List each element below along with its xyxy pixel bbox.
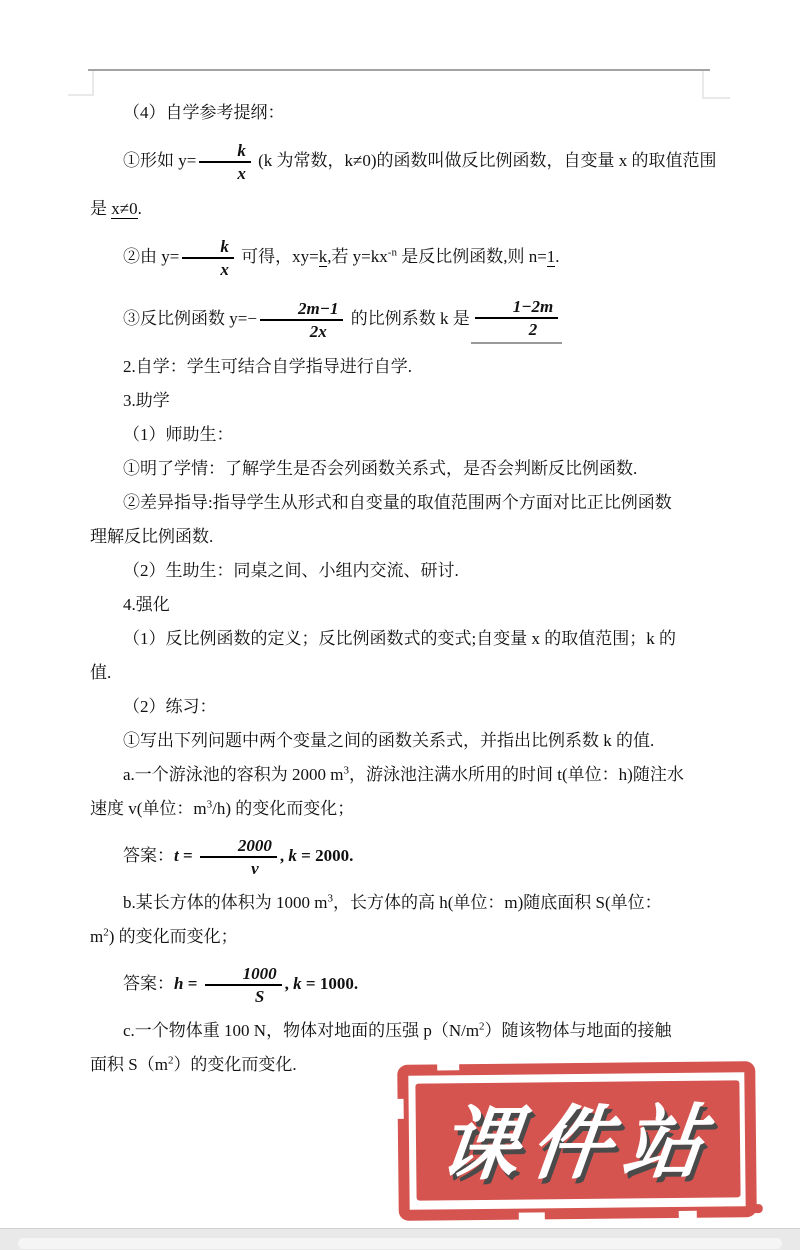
underlined-answer: k: [319, 247, 328, 267]
paragraph-exercise-heading: （2）练习：: [90, 690, 730, 724]
text-run: ②差异指导:指导学生从形式和自变量的取值范围两个方面对比正比例函数: [123, 493, 672, 512]
document-body: （4）自学参考提纲： ①形如 y=kx (k 为常数，k≠0)的函数叫做反比例函…: [90, 96, 730, 1082]
math-operator: =: [183, 974, 201, 993]
text-run: （1）反比例函数的定义；反比例函数式的变式;自变量 x 的取值范围；k 的: [123, 629, 676, 648]
text-run: 3.助学: [123, 391, 170, 410]
paragraph-reinforce-points-continuation: 值.: [90, 656, 730, 690]
text-run: .: [555, 247, 559, 266]
fraction-denominator: x: [182, 259, 234, 280]
math-variable: k: [293, 974, 302, 993]
text-run: 面积 S（m: [90, 1055, 168, 1074]
text-run: ) 的变化而变化；: [109, 927, 238, 946]
paragraph-item3-coefficient: ③反比例函数 y=−2m−12x 的比例系数 k 是1−2m2: [90, 288, 730, 350]
paragraph-reinforce-points: （1）反比例函数的定义；反比例函数式的变式;自变量 x 的取值范围；k 的: [90, 622, 730, 656]
fraction-denominator: S: [217, 986, 269, 1007]
fraction-denominator: 2: [491, 319, 543, 340]
text-run: ，长方体的高 h(单位：m)随底面积 S(单位：: [333, 893, 662, 912]
fraction-numerator: 2000: [200, 836, 277, 859]
math-operator: ,: [285, 974, 294, 993]
paragraph-teacher-assist: （1）师助生：: [90, 418, 730, 452]
fraction-k-over-x: kx: [182, 237, 234, 280]
text-run: 可得，xy=: [237, 247, 319, 266]
paragraph-exercise-prompt: ①写出下列问题中两个变量之间的函数关系式，并指出比例系数 k 的值.: [90, 724, 730, 758]
stamp-text: 课件站: [409, 1077, 746, 1196]
paragraph-problem-a: a.一个游泳池的容积为 2000 m3，游泳池注满水所用的时间 t(单位：h)随…: [90, 758, 730, 792]
math-operator: = 1000.: [302, 974, 358, 993]
fraction-k-over-x: kx: [199, 141, 251, 184]
superscript-exponent: -n: [388, 246, 397, 258]
fraction-denominator: 2x: [272, 321, 332, 342]
stamp-border-gap: [396, 1099, 404, 1119]
fraction-numerator: 1−2m: [475, 297, 559, 320]
stamp-border-gap: [519, 1212, 545, 1221]
text-run: 值.: [90, 663, 111, 682]
fraction-2m-1-over-2x: 2m−12x: [260, 299, 344, 342]
text-run: ，游泳池注满水所用的时间 t(单位：h)随注水: [349, 765, 684, 784]
horizontal-scrollbar-track[interactable]: [0, 1228, 800, 1250]
paragraph-assist-heading: 3.助学: [90, 384, 730, 418]
answer-label: 答案：: [123, 846, 174, 865]
page-top-divider: [88, 69, 710, 71]
stamp-border-gap: [679, 1211, 697, 1220]
text-run: (k 为常数，k≠0)的函数叫做反比例函数，自变量 x 的取值范围: [254, 151, 717, 170]
paragraph-learning-status: ①明了学情：了解学生是否会列函数关系式，是否会判断反比例函数.: [90, 452, 730, 486]
text-run: c.一个物体重 100 N，物体对地面的压强 p（N/m: [123, 1021, 479, 1040]
text-run: m: [90, 927, 103, 946]
watermark-stamp: 课件站: [397, 1061, 757, 1221]
paragraph-item1-definition: ①形如 y=kx (k 为常数，k≠0)的函数叫做反比例函数，自变量 x 的取值…: [90, 130, 730, 192]
text-run: ①形如 y=: [123, 151, 196, 170]
text-run: .: [138, 199, 142, 218]
paragraph-reinforce-heading: 4.强化: [90, 588, 730, 622]
paragraph-problem-c: c.一个物体重 100 N，物体对地面的压强 p（N/m2）随该物体与地面的接触: [90, 1014, 730, 1048]
text-run: （2）练习：: [123, 697, 217, 716]
text-run: ③反比例函数 y=−: [123, 309, 257, 328]
text-run: ,若 y=kx: [327, 247, 388, 266]
paragraph-problem-b-continuation: m2) 的变化而变化；: [90, 920, 730, 954]
paragraph-self-study: 2.自学：学生可结合自学指导进行自学.: [90, 350, 730, 384]
paragraph-answer-b: 答案：h = 1000S, k = 1000.: [90, 954, 730, 1014]
underlined-answer: x≠0: [111, 199, 137, 219]
paragraph-outline-heading: （4）自学参考提纲：: [90, 96, 730, 130]
stamp-ink-speck: [721, 1206, 731, 1215]
text-run: 4.强化: [123, 595, 170, 614]
stamp-ink-speck: [747, 1204, 763, 1213]
math-variable: k: [288, 846, 297, 865]
math-operator: =: [179, 846, 197, 865]
paragraph-problem-a-continuation: 速度 v(单位：m3/h) 的变化而变化；: [90, 792, 730, 826]
text-run: 的比例系数 k 是: [346, 309, 469, 328]
fraction-numerator: 1000: [205, 964, 282, 987]
text-run: 理解反比例函数.: [90, 527, 213, 546]
paragraph-differentiated-guidance-continuation: 理解反比例函数.: [90, 520, 730, 554]
fraction-1000-over-S: 1000S: [205, 964, 282, 1007]
text-run: ①写出下列问题中两个变量之间的函数关系式，并指出比例系数 k 的值.: [123, 731, 654, 750]
text-run: a.一个游泳池的容积为 2000 m: [123, 765, 344, 784]
text-run: ）随该物体与地面的接触: [485, 1021, 672, 1040]
margin-mark-top-left: [92, 71, 94, 96]
text-run: （1）师助生：: [123, 425, 234, 444]
text-run: ②由 y=: [123, 247, 179, 266]
text-run: /h) 的变化而变化；: [212, 799, 354, 818]
paragraph-peer-assist: （2）生助生：同桌之间、小组内交流、研讨.: [90, 554, 730, 588]
text-run: （2）生助生：同桌之间、小组内交流、研讨.: [123, 561, 459, 580]
paragraph-problem-b: b.某长方体的体积为 1000 m3，长方体的高 h(单位：m)随底面积 S(单…: [90, 886, 730, 920]
text-run: 速度 v(单位：m: [90, 799, 207, 818]
text-run: 2.自学：学生可结合自学指导进行自学.: [123, 357, 412, 376]
fraction-answer-1-2m-over-2: 1−2m2: [471, 297, 563, 344]
fraction-numerator: k: [199, 141, 251, 164]
document-page: （4）自学参考提纲： ①形如 y=kx (k 为常数，k≠0)的函数叫做反比例函…: [0, 0, 800, 1250]
fraction-denominator: v: [213, 858, 264, 879]
stamp-background: 课件站: [415, 1080, 740, 1200]
math-operator: = 2000.: [297, 846, 353, 865]
text-run: （4）自学参考提纲：: [123, 103, 285, 122]
paragraph-differentiated-guidance: ②差异指导:指导学生从形式和自变量的取值范围两个方面对比正比例函数: [90, 486, 730, 520]
horizontal-scrollbar-thumb[interactable]: [18, 1238, 782, 1249]
fraction-numerator: k: [182, 237, 234, 260]
text-run: ）的变化而变化.: [173, 1055, 296, 1074]
fraction-2000-over-v: 2000v: [200, 836, 277, 879]
fraction-denominator: x: [199, 163, 251, 184]
text-run: b.某长方体的体积为 1000 m: [123, 893, 327, 912]
answer-label: 答案：: [123, 974, 174, 993]
text-run: 是反比例函数,则 n=: [397, 247, 547, 266]
stamp-border-gap: [437, 1062, 459, 1070]
text-run: 是: [90, 199, 111, 218]
paragraph-item1-continuation: 是 x≠0.: [90, 192, 730, 226]
paragraph-answer-a: 答案：t = 2000v, k = 2000.: [90, 826, 730, 886]
fraction-numerator: 2m−1: [260, 299, 344, 322]
text-run: ①明了学情：了解学生是否会列函数关系式，是否会判断反比例函数.: [123, 459, 637, 478]
margin-mark-top-right: [702, 71, 704, 99]
paragraph-item2-derivation: ②由 y=kx 可得，xy=k,若 y=kx-n 是反比例函数,则 n=1.: [90, 226, 730, 288]
